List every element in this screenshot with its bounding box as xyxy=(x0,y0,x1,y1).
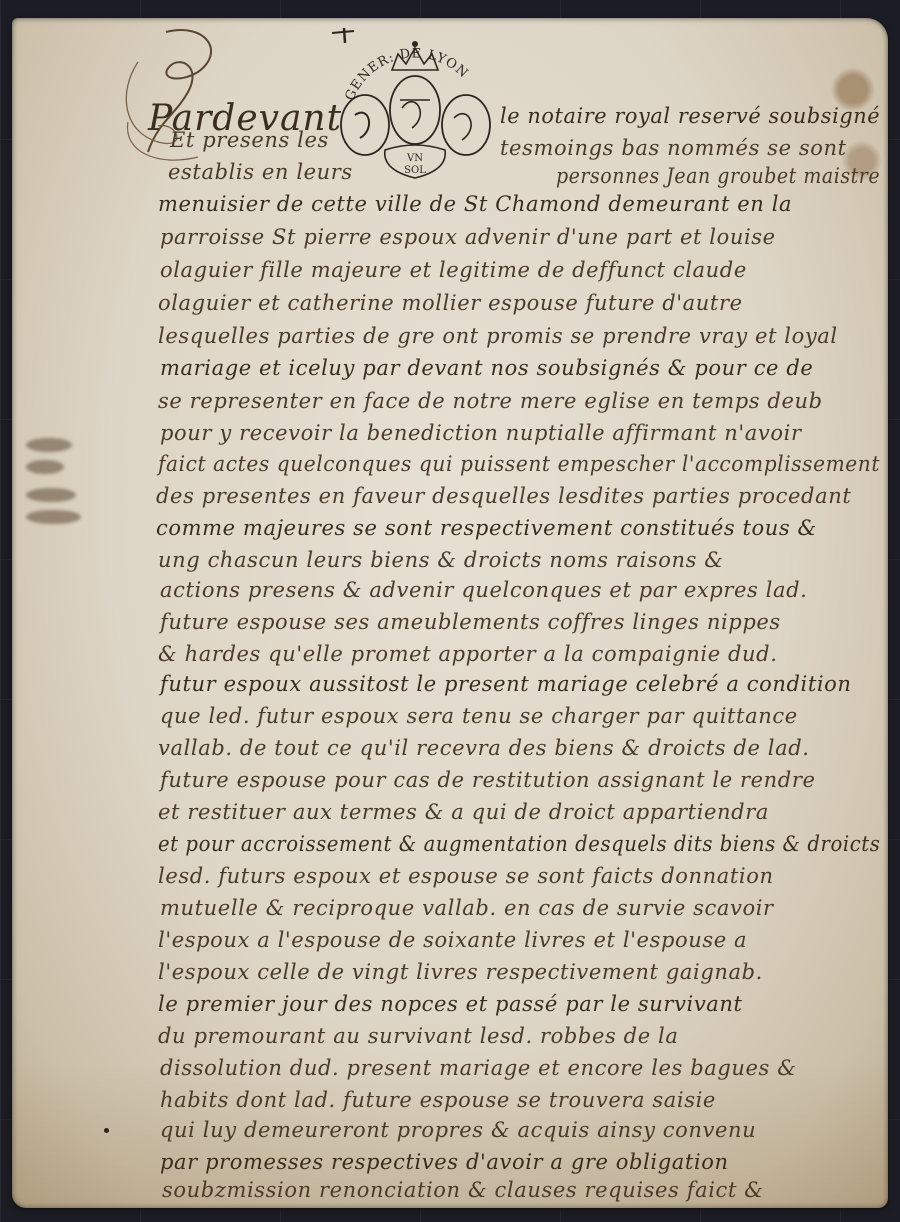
handwritten-line: parroisse St pierre espoux advenir d'une… xyxy=(160,225,776,249)
ink-stain xyxy=(26,510,81,524)
handwritten-line: des presentes en faveur desquelles lesdi… xyxy=(156,484,851,508)
handwritten-line: actions presens & advenir quelconques et… xyxy=(160,578,807,602)
handwritten-line: personnes Jean groubet maistre xyxy=(556,164,880,188)
handwritten-line: faict actes quelconques qui puissent emp… xyxy=(158,452,880,476)
handwritten-line: mariage et iceluy par devant nos soubsig… xyxy=(160,356,813,380)
handwritten-line: qui luy demeureront propres & acquis ain… xyxy=(160,1118,756,1142)
handwritten-line: le premier jour des nopces et passé par … xyxy=(158,992,743,1016)
handwritten-line: establis en leurs xyxy=(168,160,353,184)
handwritten-line: future espouse ses ameublements coffres … xyxy=(160,610,781,634)
handwritten-line: que led. futur espoux sera tenu se charg… xyxy=(160,704,798,728)
handwritten-line: le notaire royal reservé soubsigné xyxy=(500,104,880,128)
tax-stamp-icon: GENER: DE LYON VN SOL xyxy=(330,20,500,180)
handwritten-line: menuisier de cette ville de St Chamond d… xyxy=(158,192,792,216)
handwritten-line: futur espoux aussitost le present mariag… xyxy=(160,672,852,696)
handwritten-line: et pour accroissement & augmentation des… xyxy=(158,832,880,856)
stamp-value-line2: SOL xyxy=(404,165,426,176)
handwritten-line: mutuelle & reciproque vallab. en cas de … xyxy=(160,896,774,920)
ink-stain xyxy=(26,488,76,502)
handwritten-line: olaguier fille majeure et legitime de de… xyxy=(160,258,747,282)
handwritten-line: Et presens les xyxy=(170,128,329,152)
handwritten-line: du premourant au survivant lesd. robbes … xyxy=(158,1024,678,1048)
handwritten-line: habits dont lad. future espouse se trouv… xyxy=(160,1088,716,1112)
stamp-value-line1: VN xyxy=(406,153,423,164)
handwritten-line: vallab. de tout ce qu'il recevra des bie… xyxy=(158,736,810,760)
handwritten-line: et restituer aux termes & a qui de droic… xyxy=(158,800,769,824)
handwritten-line: lesd. futurs espoux et espouse se sont f… xyxy=(158,864,774,888)
ink-stain xyxy=(26,438,72,452)
handwritten-line: l'espoux a l'espouse de soixante livres … xyxy=(158,928,747,952)
handwritten-line: & hardes qu'elle promet apporter a la co… xyxy=(158,642,778,666)
ink-stain xyxy=(26,460,64,474)
handwritten-line: ung chascun leurs biens & droicts noms r… xyxy=(158,548,724,572)
handwritten-line: pour y recevoir la benediction nuptialle… xyxy=(160,421,802,445)
handwritten-line: se representer en face de notre mere egl… xyxy=(158,389,823,413)
handwritten-line: tesmoings bas nommés se sont xyxy=(500,136,847,160)
handwritten-line: par promesses respectives d'avoir a gre … xyxy=(160,1150,729,1174)
handwritten-line: olaguier et catherine mollier espouse fu… xyxy=(158,291,743,315)
handwritten-line: comme majeures se sont respectivement co… xyxy=(156,516,817,540)
handwritten-line: dissolution dud. present mariage et enco… xyxy=(160,1056,797,1080)
handwritten-line: future espouse pour cas de restitution a… xyxy=(160,768,816,792)
handwritten-line: soubzmission renonciation & clauses requ… xyxy=(162,1178,763,1202)
handwritten-line: lesquelles parties de gre ont promis se … xyxy=(158,324,838,348)
pinhole-mark xyxy=(104,1128,109,1133)
handwritten-line: l'espoux celle de vingt livres respectiv… xyxy=(158,960,763,984)
